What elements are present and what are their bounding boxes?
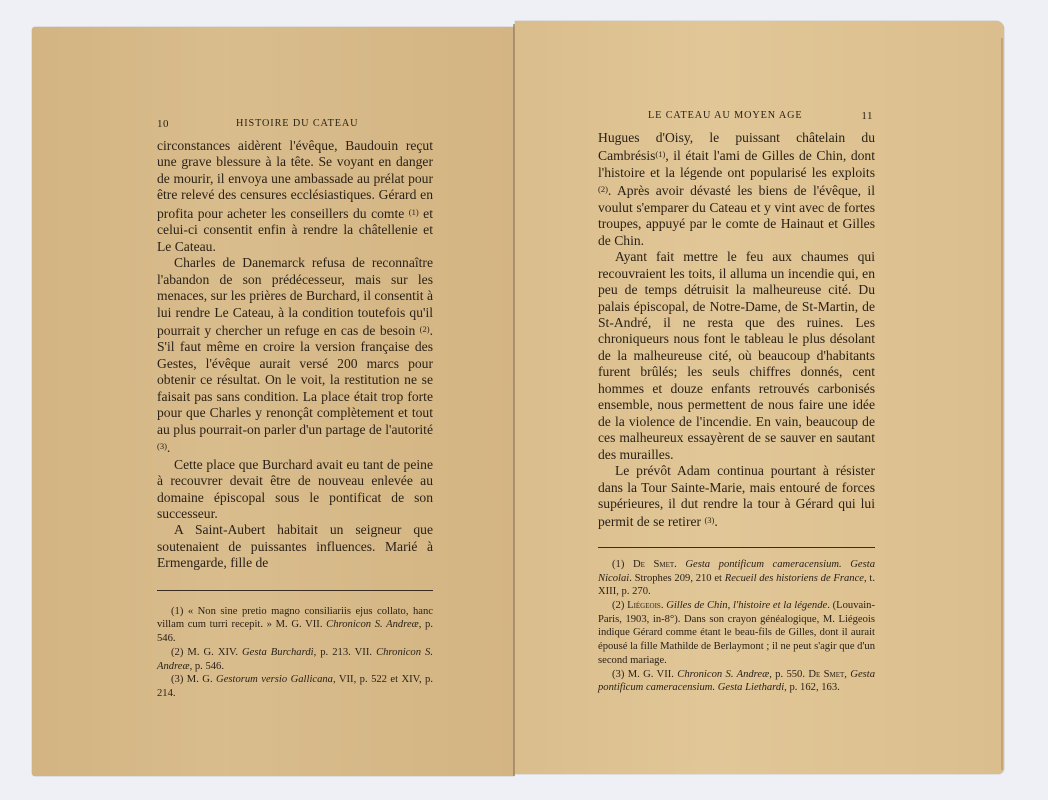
italic-title: Gestorum versio Gallicana <box>216 674 333 685</box>
italic-title: Chronicon S. Andreæ <box>677 669 769 680</box>
footnote: (2) Liégeois. Gilles de Chin, l'histoire… <box>598 599 875 668</box>
page-number: 11 <box>861 108 873 124</box>
footnote: (3) M. G. VII. Chronicon S. Andreæ, p. 5… <box>598 668 875 695</box>
paragraph: Charles de Danemarck refusa de reconnaît… <box>157 255 433 456</box>
left-body-text: circonstances aidèrent l'évêque, Baudoui… <box>157 138 433 572</box>
footnote: (1) De Smet. Gesta pontificum cameracens… <box>598 558 875 599</box>
paragraph: Hugues d'Oisy, le puissant châtelain du … <box>598 130 875 249</box>
page-number: 10 <box>157 116 169 132</box>
author-name: De Smet <box>808 669 844 680</box>
footnote: (1) « Non sine pretio magno consiliariis… <box>157 605 433 646</box>
right-running-head: LE CATEAU AU MOYEN AGE 11 <box>598 108 875 128</box>
left-footnotes: (1) « Non sine pretio magno consiliariis… <box>157 605 433 701</box>
paragraph: A Saint-Aubert habitait un seigneur que … <box>157 522 433 571</box>
author-name: Liégeois <box>627 600 661 611</box>
right-footnotes: (1) De Smet. Gesta pontificum cameracens… <box>598 558 875 695</box>
footnote-ref: (1) <box>409 207 419 217</box>
footnote-ref: (3) <box>157 441 167 451</box>
book-gutter <box>513 24 515 776</box>
right-body-text: Hugues d'Oisy, le puissant châtelain du … <box>598 130 875 531</box>
left-page-column: 10 HISTOIRE DU CATEAU circonstances aidè… <box>157 116 433 701</box>
author-name: De Smet <box>633 559 674 570</box>
paragraph: circonstances aidèrent l'évêque, Baudoui… <box>157 138 433 255</box>
footnote: (2) M. G. XIV. Gesta Burchardi, p. 213. … <box>157 646 433 673</box>
paragraph: Ayant fait mettre le feu aux chaumes qui… <box>598 249 875 463</box>
footnote-ref: (2) <box>598 184 608 194</box>
right-page-column: LE CATEAU AU MOYEN AGE 11 Hugues d'Oisy,… <box>598 108 875 695</box>
paragraph: Le prévôt Adam continua pourtant à résis… <box>598 463 875 531</box>
footnote-ref: (2) <box>420 324 430 334</box>
running-head-title: HISTOIRE DU CATEAU <box>236 116 358 132</box>
italic-title: Recueil des historiens de France <box>725 573 864 584</box>
paragraph: Cette place que Burchard avait eu tant d… <box>157 457 433 523</box>
page-edge <box>1001 38 1003 770</box>
italic-title: Chronicon S. Andreæ <box>326 619 419 630</box>
footnote-ref: (1) <box>655 149 665 159</box>
italic-title: Gilles de Chin, l'histoire et la légende <box>666 600 827 611</box>
running-head-title: LE CATEAU AU MOYEN AGE <box>648 108 803 124</box>
left-running-head: 10 HISTOIRE DU CATEAU <box>157 116 433 136</box>
footnote-ref: (3) <box>704 515 714 525</box>
footnote: (3) M. G. Gestorum versio Gallicana, VII… <box>157 673 433 700</box>
italic-title: Gesta Burchardi <box>242 647 314 658</box>
